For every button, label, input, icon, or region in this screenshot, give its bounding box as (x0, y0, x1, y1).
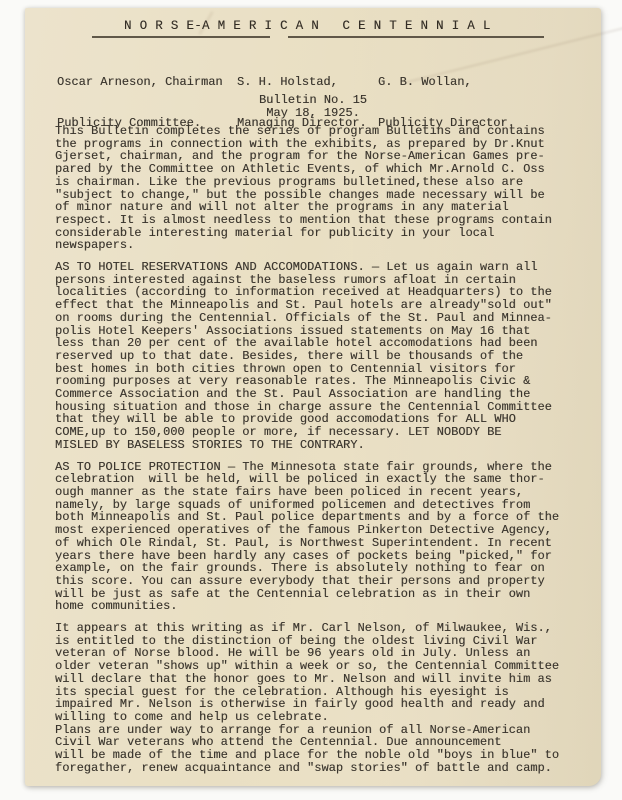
bulletin-date: May 18, 1925. (55, 107, 571, 120)
official-name: Oscar Arneson, Chairman (57, 76, 223, 90)
official-name: G. B. Wollan, (378, 76, 515, 90)
official-name: S. H. Holstad, (237, 76, 367, 90)
document-page: N O R S E-A M E R I C A N C E N T E N N … (25, 8, 601, 786)
document-title: N O R S E-A M E R I C A N C E N T E N N … (124, 19, 491, 33)
scan-background: N O R S E-A M E R I C A N C E N T E N N … (0, 0, 622, 800)
paragraph-hotel-reservations: AS TO HOTEL RESERVATIONS AND ACCOMODATIO… (55, 261, 589, 452)
title-underline (288, 36, 544, 38)
paragraph-police-protection: AS TO POLICE PROTECTION — The Minnesota … (55, 461, 589, 613)
paragraph-programs: This Bulletin completes the series of pr… (55, 125, 589, 252)
title-underline (92, 36, 270, 38)
paragraph-civil-war-veteran: It appears at this writing as if Mr. Car… (55, 622, 589, 774)
bulletin-heading: Bulletin No. 15 May 18, 1925. (55, 94, 571, 120)
document-body: This Bulletin completes the series of pr… (55, 125, 589, 783)
